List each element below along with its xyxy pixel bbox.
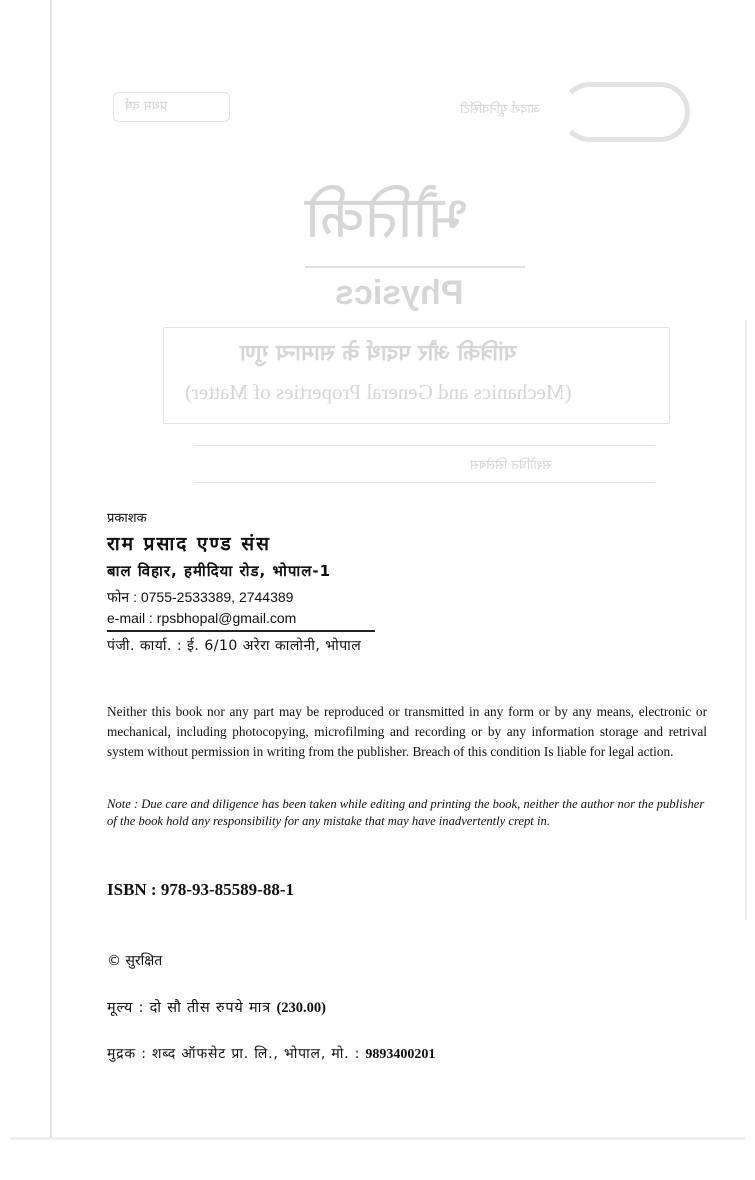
price-text: मूल्य : दो सौ तीस रुपये मात्र bbox=[107, 1000, 271, 1016]
price-amount: (230.00) bbox=[276, 1000, 326, 1016]
bleed-title-en: Physics bbox=[335, 274, 464, 313]
bleed-syllabus: संशोधित सिलेबस bbox=[470, 455, 551, 473]
bleed-subtitle-hi: यांत्रिकी और पदार्थ के सामान्य गुण bbox=[240, 337, 517, 367]
publisher-divider bbox=[107, 630, 375, 632]
bleed-edition: प्रथम वर्ष bbox=[125, 96, 167, 114]
bleed-syllabus-rule-top bbox=[195, 445, 655, 446]
price: मूल्य : दो सौ तीस रुपये मात्र (230.00) bbox=[107, 997, 326, 1017]
printer: मुद्रक : शब्द ऑफसेट प्रा. लि., भोपाल, मो… bbox=[107, 1044, 435, 1063]
isbn: ISBN : 978-93-85589-88-1 bbox=[107, 880, 294, 900]
publisher-address: बाल विहार, हमीदिया रोड, भोपाल-1 bbox=[107, 561, 331, 581]
page-edge-left bbox=[50, 0, 52, 1140]
disclaimer-note: Note : Due care and diligence has been t… bbox=[107, 796, 707, 830]
page-edge-right bbox=[745, 320, 747, 920]
registered-office: पंजी. कार्या. : ई. 6/10 अरेरा कालोनी, भो… bbox=[107, 636, 361, 655]
rights-reserved: © सुरक्षित bbox=[107, 951, 162, 970]
copyright-notice: Neither this book nor any part may be re… bbox=[107, 702, 707, 762]
bleed-subtitle-en: (Mechanics and General Properties of Mat… bbox=[185, 380, 572, 405]
publisher-email: e-mail : rpsbhopal@gmail.com bbox=[107, 610, 296, 626]
bleed-title-hi: भौतिकी bbox=[305, 175, 468, 254]
publisher-name: राम प्रसाद एण्ड संस bbox=[107, 530, 271, 556]
bleed-syllabus-rule-bottom bbox=[195, 482, 655, 483]
publisher-phone: फोन : 0755-2533389, 2744389 bbox=[107, 588, 293, 607]
page-edge-bottom bbox=[10, 1137, 745, 1140]
bleed-title-rule bbox=[305, 266, 525, 268]
bleed-series: आदर्श यूनिवर्सिटी bbox=[460, 99, 541, 117]
publisher-label: प्रकाशक bbox=[107, 508, 147, 526]
printer-phone: 9893400201 bbox=[365, 1047, 435, 1062]
printer-text: मुद्रक : शब्द ऑफसेट प्रा. लि., भोपाल, मो… bbox=[107, 1046, 360, 1062]
bleed-logo-arc bbox=[560, 82, 690, 142]
